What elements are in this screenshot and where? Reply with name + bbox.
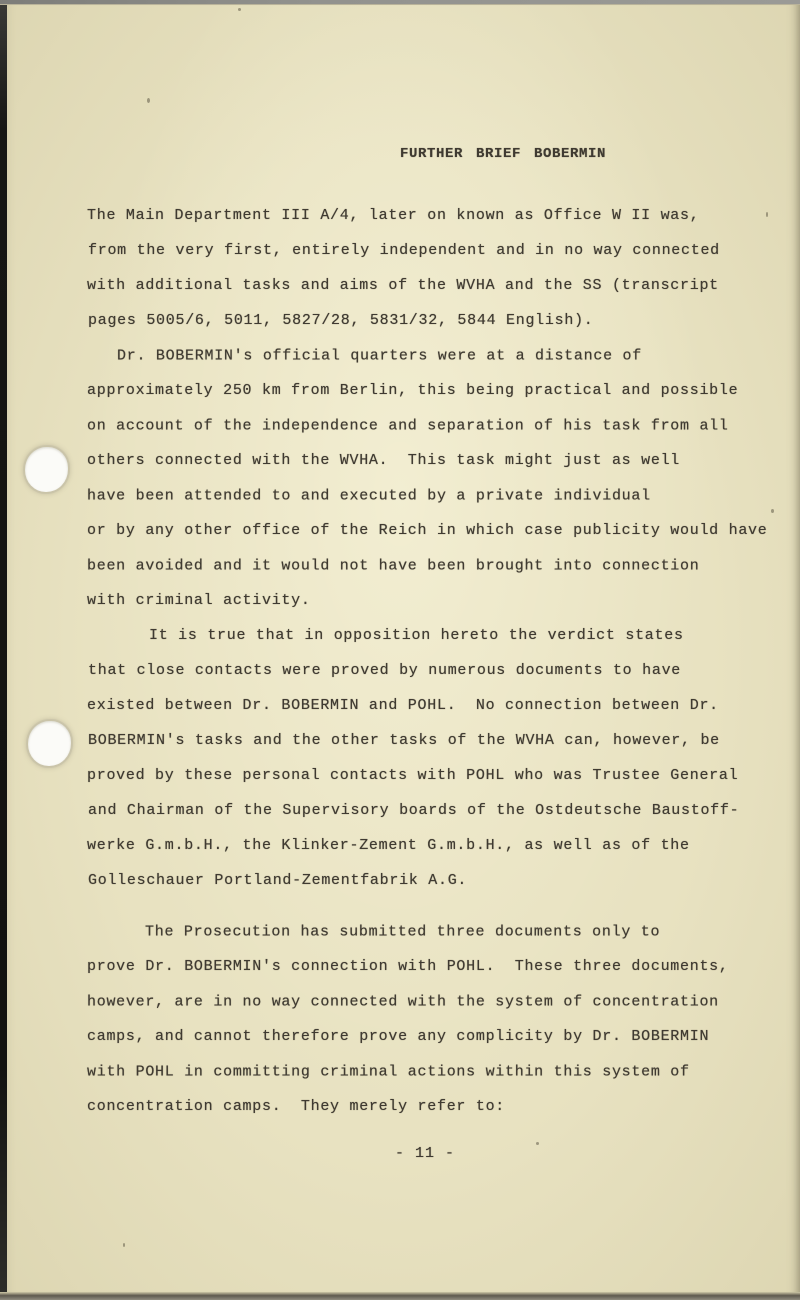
text-line: that close contacts were proved by numer… bbox=[88, 653, 760, 688]
page-number: - 11 - bbox=[395, 1145, 759, 1162]
paragraph: The Main Department III A/4, later on kn… bbox=[87, 198, 759, 338]
text-line: concentration camps. They merely refer t… bbox=[87, 1089, 759, 1124]
text-line: camps, and cannot therefore prove any co… bbox=[87, 1019, 759, 1054]
text-line: BOBERMIN's tasks and the other tasks of … bbox=[88, 723, 760, 758]
text-line: on account of the independence and separ… bbox=[87, 409, 759, 444]
text-line: The Main Department III A/4, later on kn… bbox=[87, 198, 759, 233]
text-line: been avoided and it would not have been … bbox=[87, 549, 759, 584]
text-line: The Prosecution has submitted three docu… bbox=[87, 915, 759, 950]
text-line: It is true that in opposition hereto the… bbox=[87, 618, 759, 653]
paragraph: It is true that in opposition hereto the… bbox=[87, 618, 759, 898]
scan-speck bbox=[147, 98, 150, 103]
scan-speck bbox=[771, 509, 774, 513]
text-line: werke G.m.b.H., the Klinker-Zement G.m.b… bbox=[87, 828, 759, 863]
text-line: with additional tasks and aims of the WV… bbox=[87, 268, 759, 303]
text-line: others connected with the WVHA. This tas… bbox=[87, 443, 759, 478]
scan-edge-left bbox=[0, 0, 7, 1300]
text-line: from the very first, entirely independen… bbox=[88, 233, 760, 268]
text-line: Dr. BOBERMIN's official quarters were at… bbox=[87, 339, 759, 374]
text-line: approximately 250 km from Berlin, this b… bbox=[87, 373, 759, 408]
paragraph: The Prosecution has submitted three docu… bbox=[87, 914, 759, 1124]
text-line: proved by these personal contacts with P… bbox=[87, 758, 759, 793]
punch-hole-top bbox=[25, 447, 68, 492]
text-line: and Chairman of the Supervisory boards o… bbox=[88, 793, 760, 828]
document-body: The Main Department III A/4, later on kn… bbox=[87, 198, 759, 1124]
scanned-page: FURTHER BRIEF BOBERMIN The Main Departme… bbox=[0, 0, 800, 1300]
text-line: existed between Dr. BOBERMIN and POHL. N… bbox=[87, 688, 759, 723]
document-title: FURTHER BRIEF BOBERMIN bbox=[400, 146, 759, 162]
scan-edge-top bbox=[0, 0, 800, 5]
text-line: pages 5005/6, 5011, 5827/28, 5831/32, 58… bbox=[88, 303, 760, 338]
text-line: however, are in no way connected with th… bbox=[87, 985, 759, 1020]
scan-speck bbox=[536, 1142, 539, 1145]
scan-edge-bottom bbox=[0, 1292, 800, 1300]
punch-hole-bottom bbox=[28, 721, 71, 766]
text-line: with criminal activity. bbox=[87, 583, 759, 618]
paragraph: Dr. BOBERMIN's official quarters were at… bbox=[87, 338, 759, 618]
scan-speck bbox=[123, 1243, 125, 1247]
text-line: or by any other office of the Reich in w… bbox=[87, 513, 759, 548]
document-content: FURTHER BRIEF BOBERMIN The Main Departme… bbox=[87, 146, 759, 1162]
scan-speck bbox=[238, 8, 241, 11]
text-line: have been attended to and executed by a … bbox=[87, 479, 759, 514]
text-line: with POHL in committing criminal actions… bbox=[87, 1055, 759, 1090]
text-line: prove Dr. BOBERMIN's connection with POH… bbox=[87, 949, 759, 984]
scan-speck bbox=[766, 212, 768, 217]
text-line: Golleschauer Portland-Zementfabrik A.G. bbox=[88, 863, 760, 898]
